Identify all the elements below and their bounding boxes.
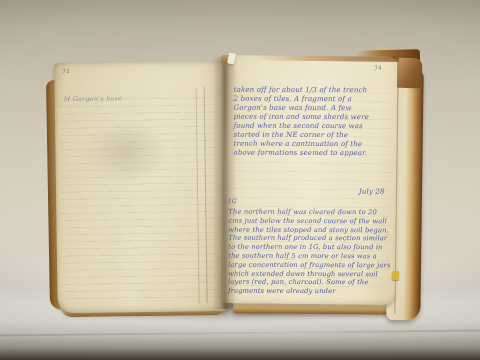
notebook-photo-scene: 72 M Gorgon's base 74 taken off for abou… [0,0,480,360]
photo-vignette [0,0,480,360]
